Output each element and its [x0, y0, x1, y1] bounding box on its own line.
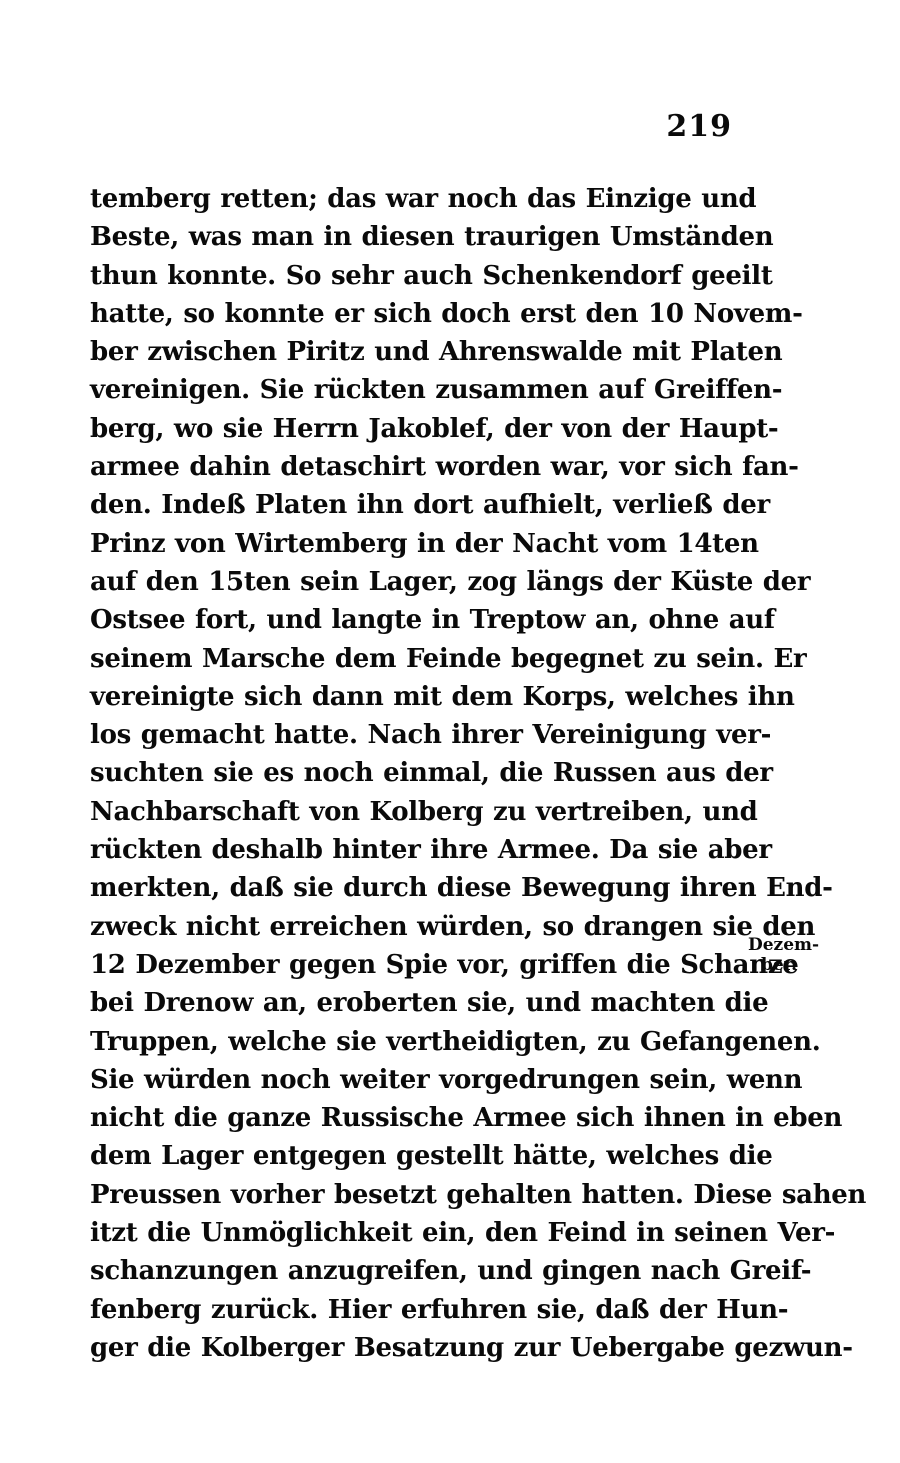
text-line: Preussen vorher besetzt gehalten hatten.…: [90, 1176, 735, 1214]
text-line: Truppen, welche sie vertheidigten, zu Ge…: [90, 1023, 735, 1061]
text-line: berg, wo sie Herrn Jakoblef, der von der…: [90, 410, 735, 448]
text-line: suchten sie es noch einmal, die Russen a…: [90, 754, 735, 792]
text-line: dem Lager entgegen gestellt hätte, welch…: [90, 1137, 735, 1175]
text-line: temberg retten; das war noch das Einzige…: [90, 180, 735, 218]
text-line: vereinigte sich dann mit dem Korps, welc…: [90, 678, 735, 716]
text-line: auf den 15ten sein Lager, zog längs der …: [90, 563, 735, 601]
text-line: seinem Marsche dem Feinde begegnet zu se…: [90, 640, 735, 678]
text-line: schanzungen anzugreifen, und gingen nach…: [90, 1252, 735, 1290]
book-page: 219 temberg retten; das war noch das Ein…: [0, 0, 900, 1463]
margin-note-line: Dezem-: [748, 935, 810, 955]
text-line: nicht die ganze Russische Armee sich ihn…: [90, 1099, 735, 1137]
margin-note-line: ber.: [748, 955, 810, 975]
text-line: merkten, daß sie durch diese Bewegung ih…: [90, 869, 735, 907]
text-line: 12 Dezember gegen Spie vor, griffen die …: [90, 946, 735, 984]
text-line: den. Indeß Platen ihn dort aufhielt, ver…: [90, 486, 735, 524]
text-line: Sie würden noch weiter vorgedrungen sein…: [90, 1061, 735, 1099]
text-line: ger die Kolberger Besatzung zur Uebergab…: [90, 1329, 735, 1367]
text-line: fenberg zurück. Hier erfuhren sie, daß d…: [90, 1291, 735, 1329]
page-number: 219: [666, 112, 732, 142]
margin-note: Dezem- ber.: [748, 935, 810, 975]
text-line: thun konnte. So sehr auch Schenkendorf g…: [90, 257, 735, 295]
text-line: Nachbarschaft von Kolberg zu vertreiben,…: [90, 793, 735, 831]
text-line: rückten deshalb hinter ihre Armee. Da si…: [90, 831, 735, 869]
text-line: zweck nicht erreichen würden, so drangen…: [90, 908, 735, 946]
text-line: hatte, so konnte er sich doch erst den 1…: [90, 295, 735, 333]
text-line: itzt die Unmöglichkeit ein, den Feind in…: [90, 1214, 735, 1252]
text-line: Beste, was man in diesen traurigen Umstä…: [90, 218, 735, 256]
body-text: temberg retten; das war noch das Einzige…: [90, 180, 735, 1367]
text-line: los gemacht hatte. Nach ihrer Vereinigun…: [90, 716, 735, 754]
text-line: armee dahin detaschirt worden war, vor s…: [90, 448, 735, 486]
text-line: Ostsee fort, und langte in Treptow an, o…: [90, 601, 735, 639]
text-line: vereinigen. Sie rückten zusammen auf Gre…: [90, 371, 735, 409]
text-line: Prinz von Wirtemberg in der Nacht vom 14…: [90, 525, 735, 563]
text-line: ber zwischen Piritz und Ahrenswalde mit …: [90, 333, 735, 371]
text-line: bei Drenow an, eroberten sie, und machte…: [90, 984, 735, 1022]
